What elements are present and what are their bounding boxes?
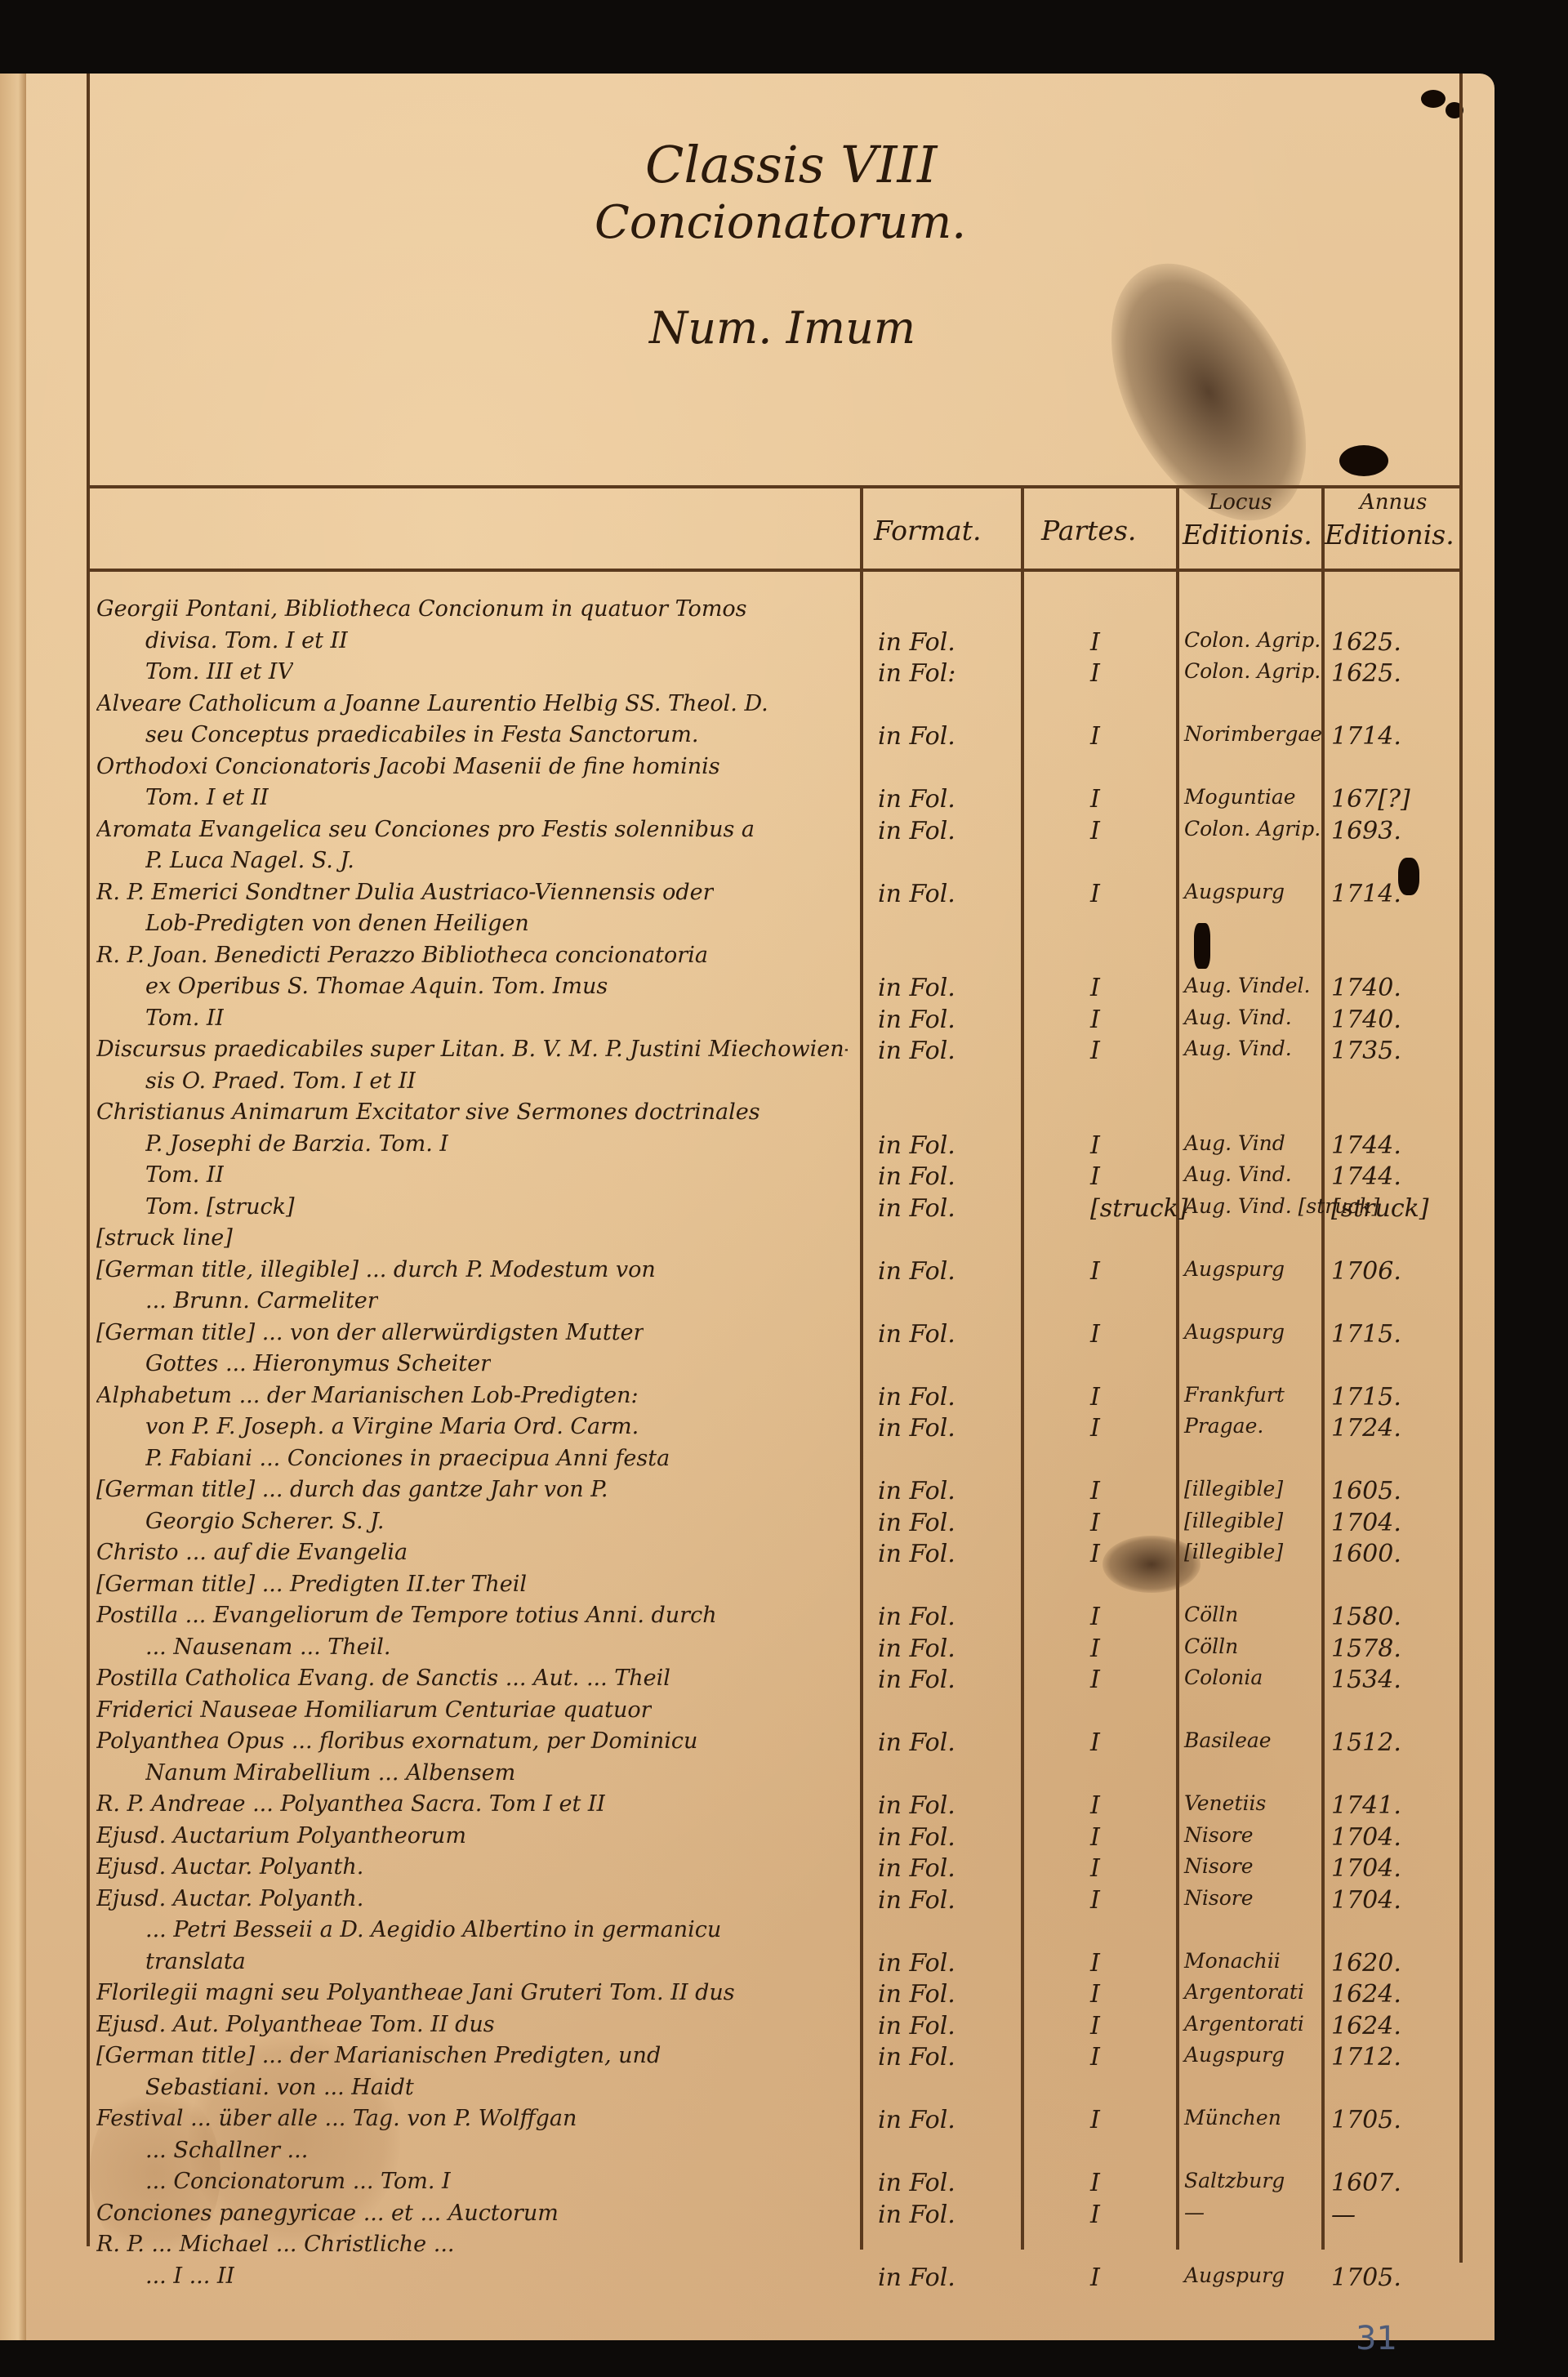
entry-annus: 1624. — [1331, 2012, 1401, 2040]
entry-partes: I — [1090, 1540, 1100, 1568]
entry-locus: [illegible] — [1184, 1477, 1283, 1501]
entry-annus: 1580. — [1331, 1603, 1401, 1631]
column-header-format: Format. — [874, 515, 981, 546]
entry-annus: 1744. — [1331, 1162, 1401, 1191]
entry-title: Alphabetum ... der Marianischen Lob-Pred… — [96, 1383, 639, 1408]
entry-format: in Fol. — [878, 1791, 955, 1820]
entry-annus: 1715. — [1331, 1320, 1401, 1349]
entry-title: ... Nausenam ... Theil. — [145, 1634, 391, 1660]
entry-partes: I — [1090, 1509, 1100, 1537]
entry-annus: 1740. — [1331, 1006, 1401, 1034]
entry-annus: 1625. — [1331, 659, 1401, 688]
entry-title: P. Josephi de Barzia. Tom. I — [145, 1131, 448, 1157]
right-margin-rule — [1459, 74, 1463, 2263]
entry-format: in Fol. — [878, 722, 955, 751]
entry-annus: 1735. — [1331, 1037, 1401, 1065]
header-top-rule — [87, 485, 1463, 488]
entry-annus: 1704. — [1331, 1509, 1401, 1537]
entry-format: in Fol. — [878, 880, 955, 908]
entry-partes: [struck] — [1090, 1194, 1188, 1223]
entry-locus: [illegible] — [1184, 1540, 1283, 1563]
entry-annus: 1714. — [1331, 880, 1401, 908]
entry-partes: I — [1090, 1477, 1100, 1505]
entry-locus: Colon. Agrip. — [1184, 628, 1321, 652]
entry-title: Tom. II — [145, 1006, 224, 1031]
entry-locus: Monachii — [1184, 1949, 1281, 1973]
entry-locus: München — [1184, 2106, 1281, 2129]
entry-partes: I — [1090, 1131, 1100, 1160]
entry-format: in Fol. — [878, 1509, 955, 1537]
entry-partes: I — [1090, 1949, 1100, 1978]
entry-format: in Fol. — [878, 1949, 955, 1978]
entry-partes: I — [1090, 1320, 1100, 1349]
entry-locus: Argentorati — [1184, 1980, 1304, 2004]
entry-locus: Colon. Agrip. — [1184, 817, 1321, 841]
entry-format: in Fol. — [878, 1634, 955, 1663]
partes-column-rule — [1021, 485, 1024, 2250]
entry-title: Tom. III et IV — [145, 659, 293, 685]
entry-title: Sebastiani. von ... Haidt — [145, 2075, 414, 2100]
entry-locus: Aug. Vind. — [1184, 1037, 1292, 1060]
entry-locus: Nisore — [1184, 1886, 1254, 1910]
column-header-locus-top: Locus — [1209, 490, 1272, 515]
entry-format: in Fol. — [878, 1162, 955, 1191]
entry-title: seu Conceptus praedicabiles in Festa San… — [145, 722, 698, 747]
header-bottom-rule — [87, 569, 1463, 572]
entry-format: in Fol. — [878, 1194, 955, 1223]
entry-title: divisa. Tom. I et II — [145, 628, 348, 653]
entry-title: ... Brunn. Carmeliter — [145, 1288, 378, 1313]
entry-annus: 1620. — [1331, 1949, 1401, 1978]
entry-partes: I — [1090, 880, 1100, 908]
entry-locus: Augspurg — [1184, 2043, 1285, 2067]
entry-format: in Fol. — [878, 2201, 955, 2229]
entry-format: in Fol. — [878, 2012, 955, 2040]
entry-title: ... Petri Besseii a D. Aegidio Albertino… — [145, 1917, 721, 1942]
entry-format: in Fol. — [878, 785, 955, 814]
entry-format: in Fol. — [878, 2043, 955, 2072]
entry-title: R. P. Andreae ... Polyanthea Sacra. Tom … — [96, 1791, 605, 1817]
entry-title: [German title] ... durch das gantze Jahr… — [96, 1477, 608, 1502]
class-subheading: Concionatorum. — [595, 196, 966, 249]
entry-annus: 1712. — [1331, 2043, 1401, 2072]
entry-title: Postilla ... Evangeliorum de Tempore tot… — [96, 1603, 717, 1628]
entry-title: Christo ... auf die Evangelia — [96, 1540, 408, 1565]
entry-partes: I — [1090, 1823, 1100, 1852]
number-heading: Num. Imum — [649, 302, 915, 354]
entry-annus: 1693. — [1331, 817, 1401, 845]
entry-annus: 1605. — [1331, 1477, 1401, 1505]
column-header-annus-bottom: Editionis. — [1325, 519, 1454, 551]
column-header-partes: Partes. — [1041, 515, 1136, 546]
entry-locus: Aug. Vind. — [1184, 1162, 1292, 1186]
entry-title: [German title] ... von der allerwürdigst… — [96, 1320, 644, 1345]
entry-annus: 1704. — [1331, 1886, 1401, 1915]
entry-locus: Augspurg — [1184, 880, 1285, 903]
entry-title: Christianus Animarum Excitator sive Serm… — [96, 1099, 760, 1125]
entry-title: Tom. I et II — [145, 785, 269, 810]
entry-locus: Augspurg — [1184, 1257, 1285, 1281]
entry-format: in Fol. — [878, 1603, 955, 1631]
entry-title: Ejusd. Auctar. Polyanth. — [96, 1854, 363, 1880]
entry-locus: Argentorati — [1184, 2012, 1304, 2036]
entry-locus: Pragae. — [1184, 1414, 1263, 1438]
entry-partes: I — [1090, 2169, 1100, 2197]
entry-format: in Fol. — [878, 1414, 955, 1443]
entry-format: in Fol. — [878, 974, 955, 1002]
entry-annus: 1705. — [1331, 2263, 1401, 2292]
entry-annus: 1740. — [1331, 974, 1401, 1002]
entry-format: in Fol. — [878, 1666, 955, 1694]
entry-partes: I — [1090, 2201, 1100, 2229]
entry-locus: Colonia — [1184, 1666, 1263, 1689]
entry-partes: I — [1090, 1666, 1100, 1694]
entry-format: in Fol. — [878, 1728, 955, 1757]
entry-title: Friderici Nauseae Homiliarum Centuriae q… — [96, 1697, 652, 1723]
annus-column-rule — [1321, 485, 1325, 2250]
entry-locus: Basileae — [1184, 1728, 1272, 1752]
entry-title: R. P. ... Michael ... Christliche ... — [96, 2232, 455, 2257]
entry-format: in Fol. — [878, 1886, 955, 1915]
entry-format: in Fol. — [878, 1540, 955, 1568]
entry-title: Orthodoxi Concionatoris Jacobi Masenii d… — [96, 754, 720, 779]
entry-title: Postilla Catholica Evang. de Sanctis ...… — [96, 1666, 670, 1691]
entry-annus: 1741. — [1331, 1791, 1401, 1820]
entry-title: Lob-Predigten von denen Heiligen — [145, 911, 529, 936]
entry-title: P. Luca Nagel. S. J. — [145, 848, 354, 873]
entry-annus: 1578. — [1331, 1634, 1401, 1663]
entry-title: Discursus praedicabiles super Litan. B. … — [96, 1037, 848, 1062]
entry-annus: 1607. — [1331, 2169, 1401, 2197]
format-column-rule — [860, 485, 863, 2250]
entry-partes: I — [1090, 2043, 1100, 2072]
entry-title: Aromata Evangelica seu Conciones pro Fes… — [96, 817, 755, 842]
ink-blot — [1421, 90, 1445, 108]
entry-format: in Fol. — [878, 1131, 955, 1160]
folio-number: 31 — [1356, 2320, 1397, 2357]
entry-partes: I — [1090, 628, 1100, 657]
entry-title: Ejusd. Auctarium Polyantheorum — [96, 1823, 466, 1849]
entry-title: [German title] ... Predigten II.ter Thei… — [96, 1572, 527, 1597]
entry-title: Alveare Catholicum a Joanne Laurentio He… — [96, 691, 768, 716]
entry-partes: I — [1090, 2012, 1100, 2040]
entry-title: sis O. Praed. Tom. I et II — [145, 1068, 416, 1094]
entry-partes: I — [1090, 1006, 1100, 1034]
entry-partes: I — [1090, 785, 1100, 814]
entry-annus: 1625. — [1331, 628, 1401, 657]
entry-title: Ejusd. Aut. Polyantheae Tom. II dus — [96, 2012, 495, 2037]
entry-locus: Norimbergae — [1184, 722, 1322, 746]
entry-partes: I — [1090, 1886, 1100, 1915]
class-heading: Classis VIII — [645, 135, 937, 194]
entry-annus: 1705. — [1331, 2106, 1401, 2134]
entry-format: in Fol: — [878, 659, 955, 688]
entry-partes: I — [1090, 1854, 1100, 1883]
column-header-locus-bottom: Editionis. — [1183, 519, 1312, 551]
entry-format: in Fol. — [878, 2263, 955, 2292]
entry-annus: 1724. — [1331, 1414, 1401, 1443]
ink-blot — [1398, 858, 1419, 895]
entry-format: in Fol. — [878, 1037, 955, 1065]
entry-title: Polyanthea Opus ... floribus exornatum, … — [96, 1728, 697, 1754]
entry-format: in Fol. — [878, 817, 955, 845]
entry-annus: 1534. — [1331, 1666, 1401, 1694]
locus-column-rule — [1176, 485, 1179, 2250]
entry-format: in Fol. — [878, 2169, 955, 2197]
entry-annus: 1704. — [1331, 1854, 1401, 1883]
entry-annus: [struck] — [1331, 1194, 1429, 1223]
entry-title: Florilegii magni seu Polyantheae Jani Gr… — [96, 1980, 735, 2005]
entry-format: in Fol. — [878, 1854, 955, 1883]
entry-locus: Augspurg — [1184, 2263, 1285, 2287]
entry-format: in Fol. — [878, 1477, 955, 1505]
entry-title: Gottes ... Hieronymus Scheiter — [145, 1351, 491, 1376]
entry-partes: I — [1090, 1791, 1100, 1820]
entry-annus: 167[?] — [1331, 785, 1410, 814]
column-header-annus-top: Annus — [1360, 490, 1427, 515]
entry-title: ... Schallner ... — [145, 2138, 308, 2163]
entry-partes: I — [1090, 1728, 1100, 1757]
entry-annus: 1744. — [1331, 1131, 1401, 1160]
entry-partes: I — [1090, 1383, 1100, 1411]
entry-partes: I — [1090, 1634, 1100, 1663]
entry-partes: I — [1090, 817, 1100, 845]
entry-title: ... I ... II — [145, 2263, 234, 2289]
entry-locus: Nisore — [1184, 1854, 1254, 1878]
entry-format: in Fol. — [878, 628, 955, 657]
entry-title: [German title] ... der Marianischen Pred… — [96, 2043, 661, 2068]
entry-locus: Venetiis — [1184, 1791, 1266, 1815]
entry-title: translata — [145, 1949, 246, 1974]
entry-title: ex Operibus S. Thomae Aquin. Tom. Imus — [145, 974, 608, 999]
entry-title: von P. F. Joseph. a Virgine Maria Ord. C… — [145, 1414, 639, 1439]
entry-format: in Fol. — [878, 1006, 955, 1034]
entry-locus: Frankfurt — [1184, 1383, 1285, 1407]
entry-annus: — — [1331, 2201, 1356, 2229]
entry-title: Tom. II — [145, 1162, 224, 1188]
entry-partes: I — [1090, 974, 1100, 1002]
entry-format: in Fol. — [878, 1257, 955, 1286]
entry-annus: 1715. — [1331, 1383, 1401, 1411]
entry-title: R. P. Emerici Sondtner Dulia Austriaco-V… — [96, 880, 714, 905]
entry-annus: 1624. — [1331, 1980, 1401, 2009]
ink-blot — [1339, 445, 1388, 476]
entry-title: Nanum Mirabellium ... Albensem — [145, 1760, 515, 1786]
entry-locus: Moguntiae — [1184, 785, 1296, 809]
entry-format: in Fol. — [878, 2106, 955, 2134]
entry-title: Festival ... über alle ... Tag. von P. W… — [96, 2106, 577, 2131]
entry-title: R. P. Joan. Benedicti Perazzo Bibliothec… — [96, 943, 708, 968]
entry-locus: Nisore — [1184, 1823, 1254, 1847]
entry-locus: — — [1184, 2201, 1205, 2224]
entry-format: in Fol. — [878, 1320, 955, 1349]
entry-locus: [illegible] — [1184, 1509, 1283, 1532]
ink-blot — [1194, 923, 1210, 969]
entry-locus: Cölln — [1184, 1634, 1238, 1658]
entry-title: Georgii Pontani, Bibliotheca Concionum i… — [96, 596, 747, 622]
entry-partes: I — [1090, 2106, 1100, 2134]
entry-locus: Aug. Vind — [1184, 1131, 1285, 1155]
entry-title: ... Concionatorum ... Tom. I — [145, 2169, 451, 2194]
entry-title: Conciones panegyricae ... et ... Auctoru… — [96, 2201, 559, 2226]
entry-annus: 1600. — [1331, 1540, 1401, 1568]
binding-gutter — [0, 74, 26, 2340]
entry-locus: Aug. Vindel. — [1184, 974, 1311, 997]
entry-locus: Cölln — [1184, 1603, 1238, 1626]
entry-title: Ejusd. Auctar. Polyanth. — [96, 1886, 363, 1911]
entry-title: P. Fabiani ... Conciones in praecipua An… — [145, 1446, 670, 1471]
entry-title: Tom. [struck] — [145, 1194, 295, 1220]
entry-partes: I — [1090, 1162, 1100, 1191]
entry-locus: Augspurg — [1184, 1320, 1285, 1344]
entry-locus: Colon. Agrip. — [1184, 659, 1321, 683]
entry-annus: 1704. — [1331, 1823, 1401, 1852]
manuscript-page: Classis VIII Concionatorum. Num. Imum Fo… — [0, 74, 1494, 2340]
entry-format: in Fol. — [878, 1383, 955, 1411]
entry-annus: 1714. — [1331, 722, 1401, 751]
entry-partes: I — [1090, 1414, 1100, 1443]
entry-locus: Aug. Vind. — [1184, 1006, 1292, 1029]
entry-annus: 1512. — [1331, 1728, 1401, 1757]
entry-partes: I — [1090, 1037, 1100, 1065]
entry-partes: I — [1090, 722, 1100, 751]
entry-partes: I — [1090, 1257, 1100, 1286]
entry-format: in Fol. — [878, 1823, 955, 1852]
entry-title: [struck line] — [96, 1225, 233, 1251]
entry-format: in Fol. — [878, 1980, 955, 2009]
entry-partes: I — [1090, 1603, 1100, 1631]
entry-locus: Saltzburg — [1184, 2169, 1285, 2192]
entry-partes: I — [1090, 2263, 1100, 2292]
entry-title: [German title, illegible] ... durch P. M… — [96, 1257, 656, 1282]
entry-annus: 1706. — [1331, 1257, 1401, 1286]
entry-partes: I — [1090, 1980, 1100, 2009]
entry-title: Georgio Scherer. S. J. — [145, 1509, 384, 1534]
entry-partes: I — [1090, 659, 1100, 688]
left-margin-rule — [87, 74, 90, 2246]
